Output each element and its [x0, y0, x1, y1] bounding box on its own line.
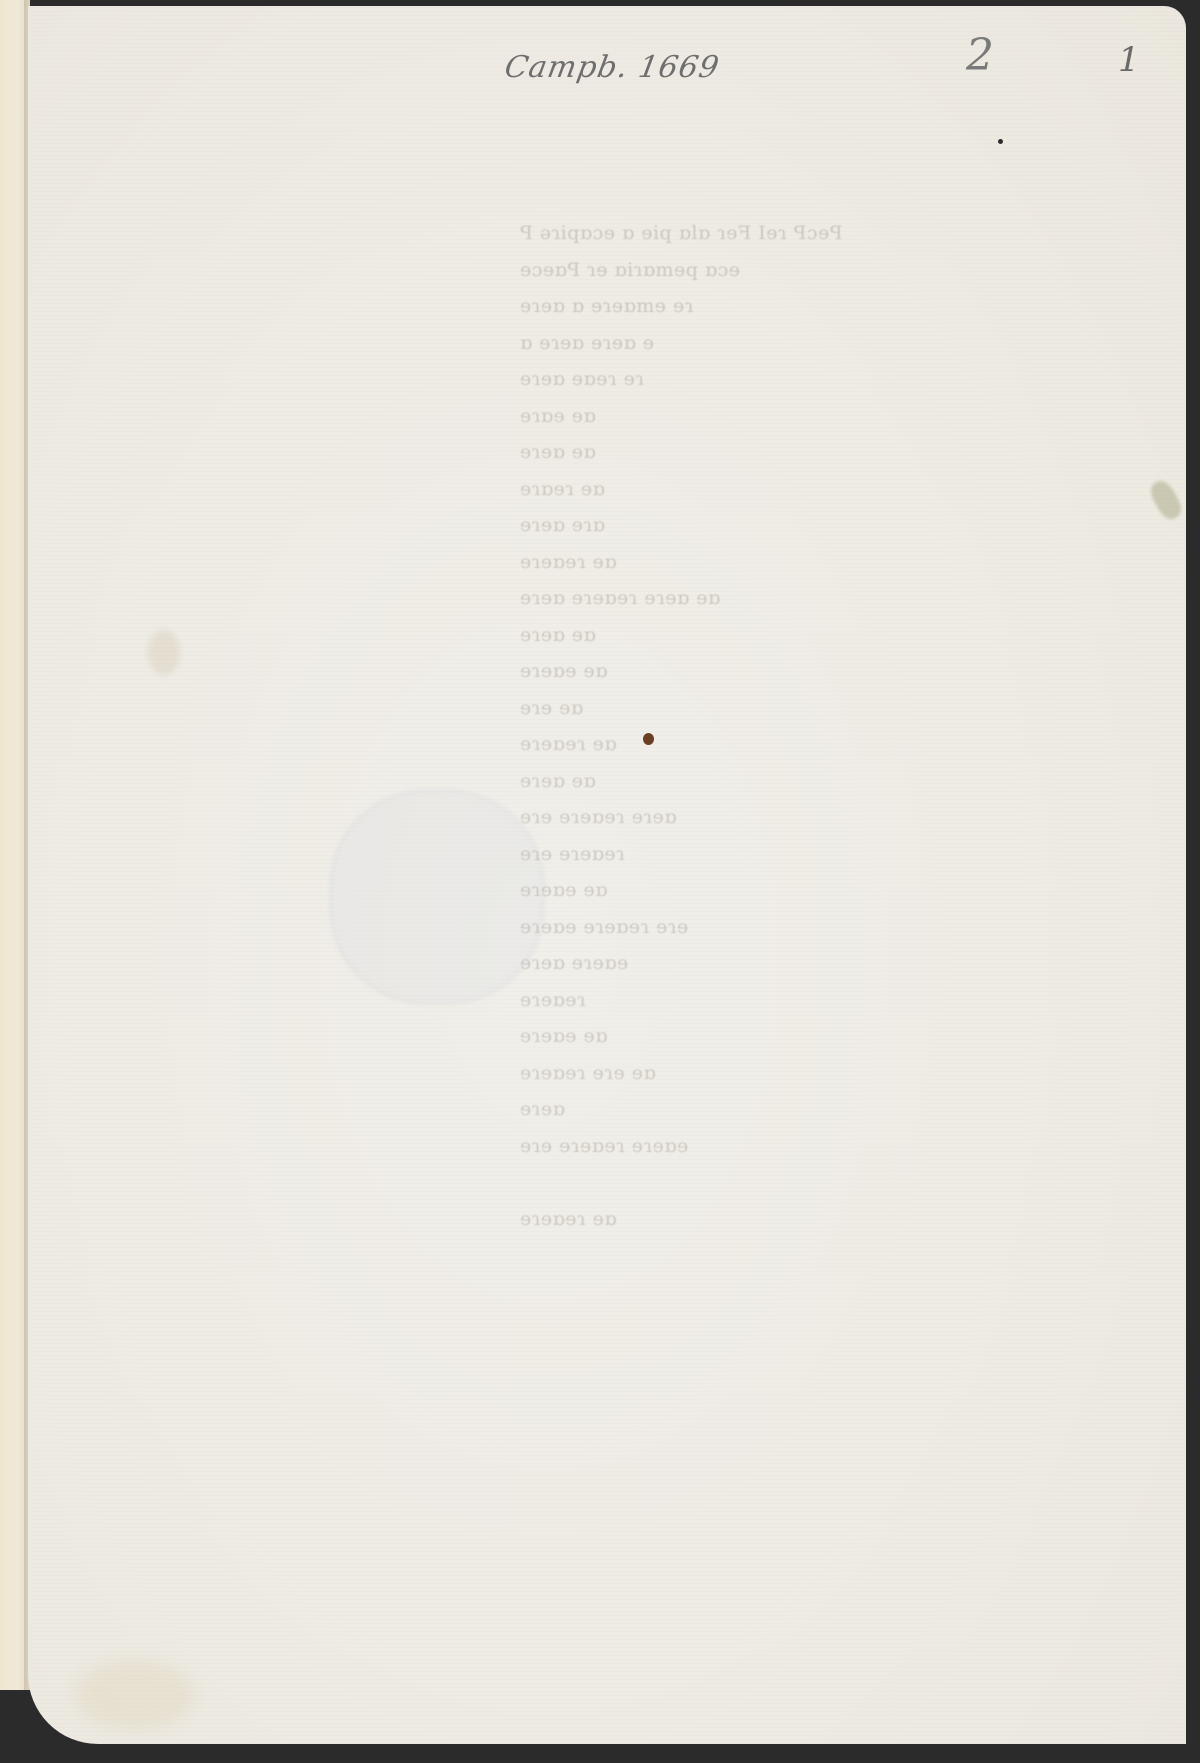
watermark-shadow — [330, 790, 544, 1004]
stain-bottom-left — [75, 1660, 195, 1730]
bleed-line: ɘɿɘɒɘ ɘɒ — [520, 1018, 950, 1055]
shelfmark-annotation: Campb. 1669 — [502, 50, 722, 85]
foxing-spot — [643, 733, 654, 745]
bleed-line: ɘɿɘɒ ɘɿɘɒɘɿ ɘɿɘɒ ɘɒ — [520, 580, 950, 617]
bleed-line: ɘɿɘ ɘɿɘɒɘɿ ɘɿɘɒ — [520, 799, 950, 836]
bleed-line: ꟼ ǝɿiqɒɔɘ ɒ ɘiq ɒlɒ ɿɘꟻ Iɘɿ ꟼɔɘꟼ — [520, 215, 950, 252]
bleed-line: ɘɿɘɒ — [520, 1091, 950, 1128]
bleed-line: ɘɿɘɒɘɿ ɘɒ — [520, 726, 950, 763]
bleed-line: ɘɿɘɒ ɘɒ — [520, 763, 950, 800]
bleed-line: ɘɿɘɒɘɿ — [520, 982, 950, 1019]
bleed-through-text: ꟼ ǝɿiqɒɔɘ ɒ ɘiq ɒlɒ ɿɘꟻ Iɘɿ ꟼɔɘꟼ ɘɔɘɒꟼ ɿ… — [520, 215, 950, 1237]
bleed-line: ɘɿɘ ɘɿɘɒɘɿ ɘɿɘɒɘ — [520, 1128, 950, 1165]
folio-number-1: 1 — [1118, 40, 1140, 80]
ink-dot — [998, 139, 1003, 144]
bleed-line: ɒ ɘɿɘɒ ɘɿɘɒ ɘ — [520, 325, 950, 362]
bleed-line: ɘɿɘɒ ɘɿɘɒɘ — [520, 945, 950, 982]
bleed-line: ɘɿɘɒɘɿ ɘɒ — [520, 1201, 950, 1238]
bleed-line: ɘɿɘɒɘɿ ɘɒ — [520, 544, 950, 581]
bleed-line: ɘɿɒɘɿ ɘɒ — [520, 471, 950, 508]
bleed-line: ɘɿɘ ɘɒ — [520, 690, 950, 727]
bleed-line — [520, 1164, 950, 1201]
folio-number-2: 2 — [966, 30, 994, 81]
bleed-line: ɘɿɘɒɘ ɘɒ — [520, 653, 950, 690]
bleed-line: ɘɔɘɒꟼ ɿɘ ɒiɿɒmɘq ɒɔɘ — [520, 252, 950, 289]
bleed-line: ɘɿɒɘ ɘɒ — [520, 398, 950, 435]
bleed-line: ɘɿɘɒ ɘɒɘɿ ɘɿ — [520, 361, 950, 398]
bleed-line: ɘɿɘɒɘ ɘɿɘɒɘɿ ɘɿɘ — [520, 909, 950, 946]
bleed-line: ɘɿɘɒ ɘɒ — [520, 617, 950, 654]
bleed-line: ɘɿɘɒ ɘɒ — [520, 434, 950, 471]
bleed-line: ɘɿɘɒɘ ɘɒ — [520, 872, 950, 909]
bleed-line: ɘɿɘ ɘɿɘɒɘɿ — [520, 836, 950, 873]
bleed-line: ɘɿɘɒ ɘɿɒ — [520, 507, 950, 544]
bleed-line: ɘɿɘɒ ɒ ɘɿɘɒmɘ ɘɿ — [520, 288, 950, 325]
bleed-line: ɘɿɘɒɘɿ ɘɿɘ ɘɒ — [520, 1055, 950, 1092]
stain-left — [148, 630, 180, 675]
